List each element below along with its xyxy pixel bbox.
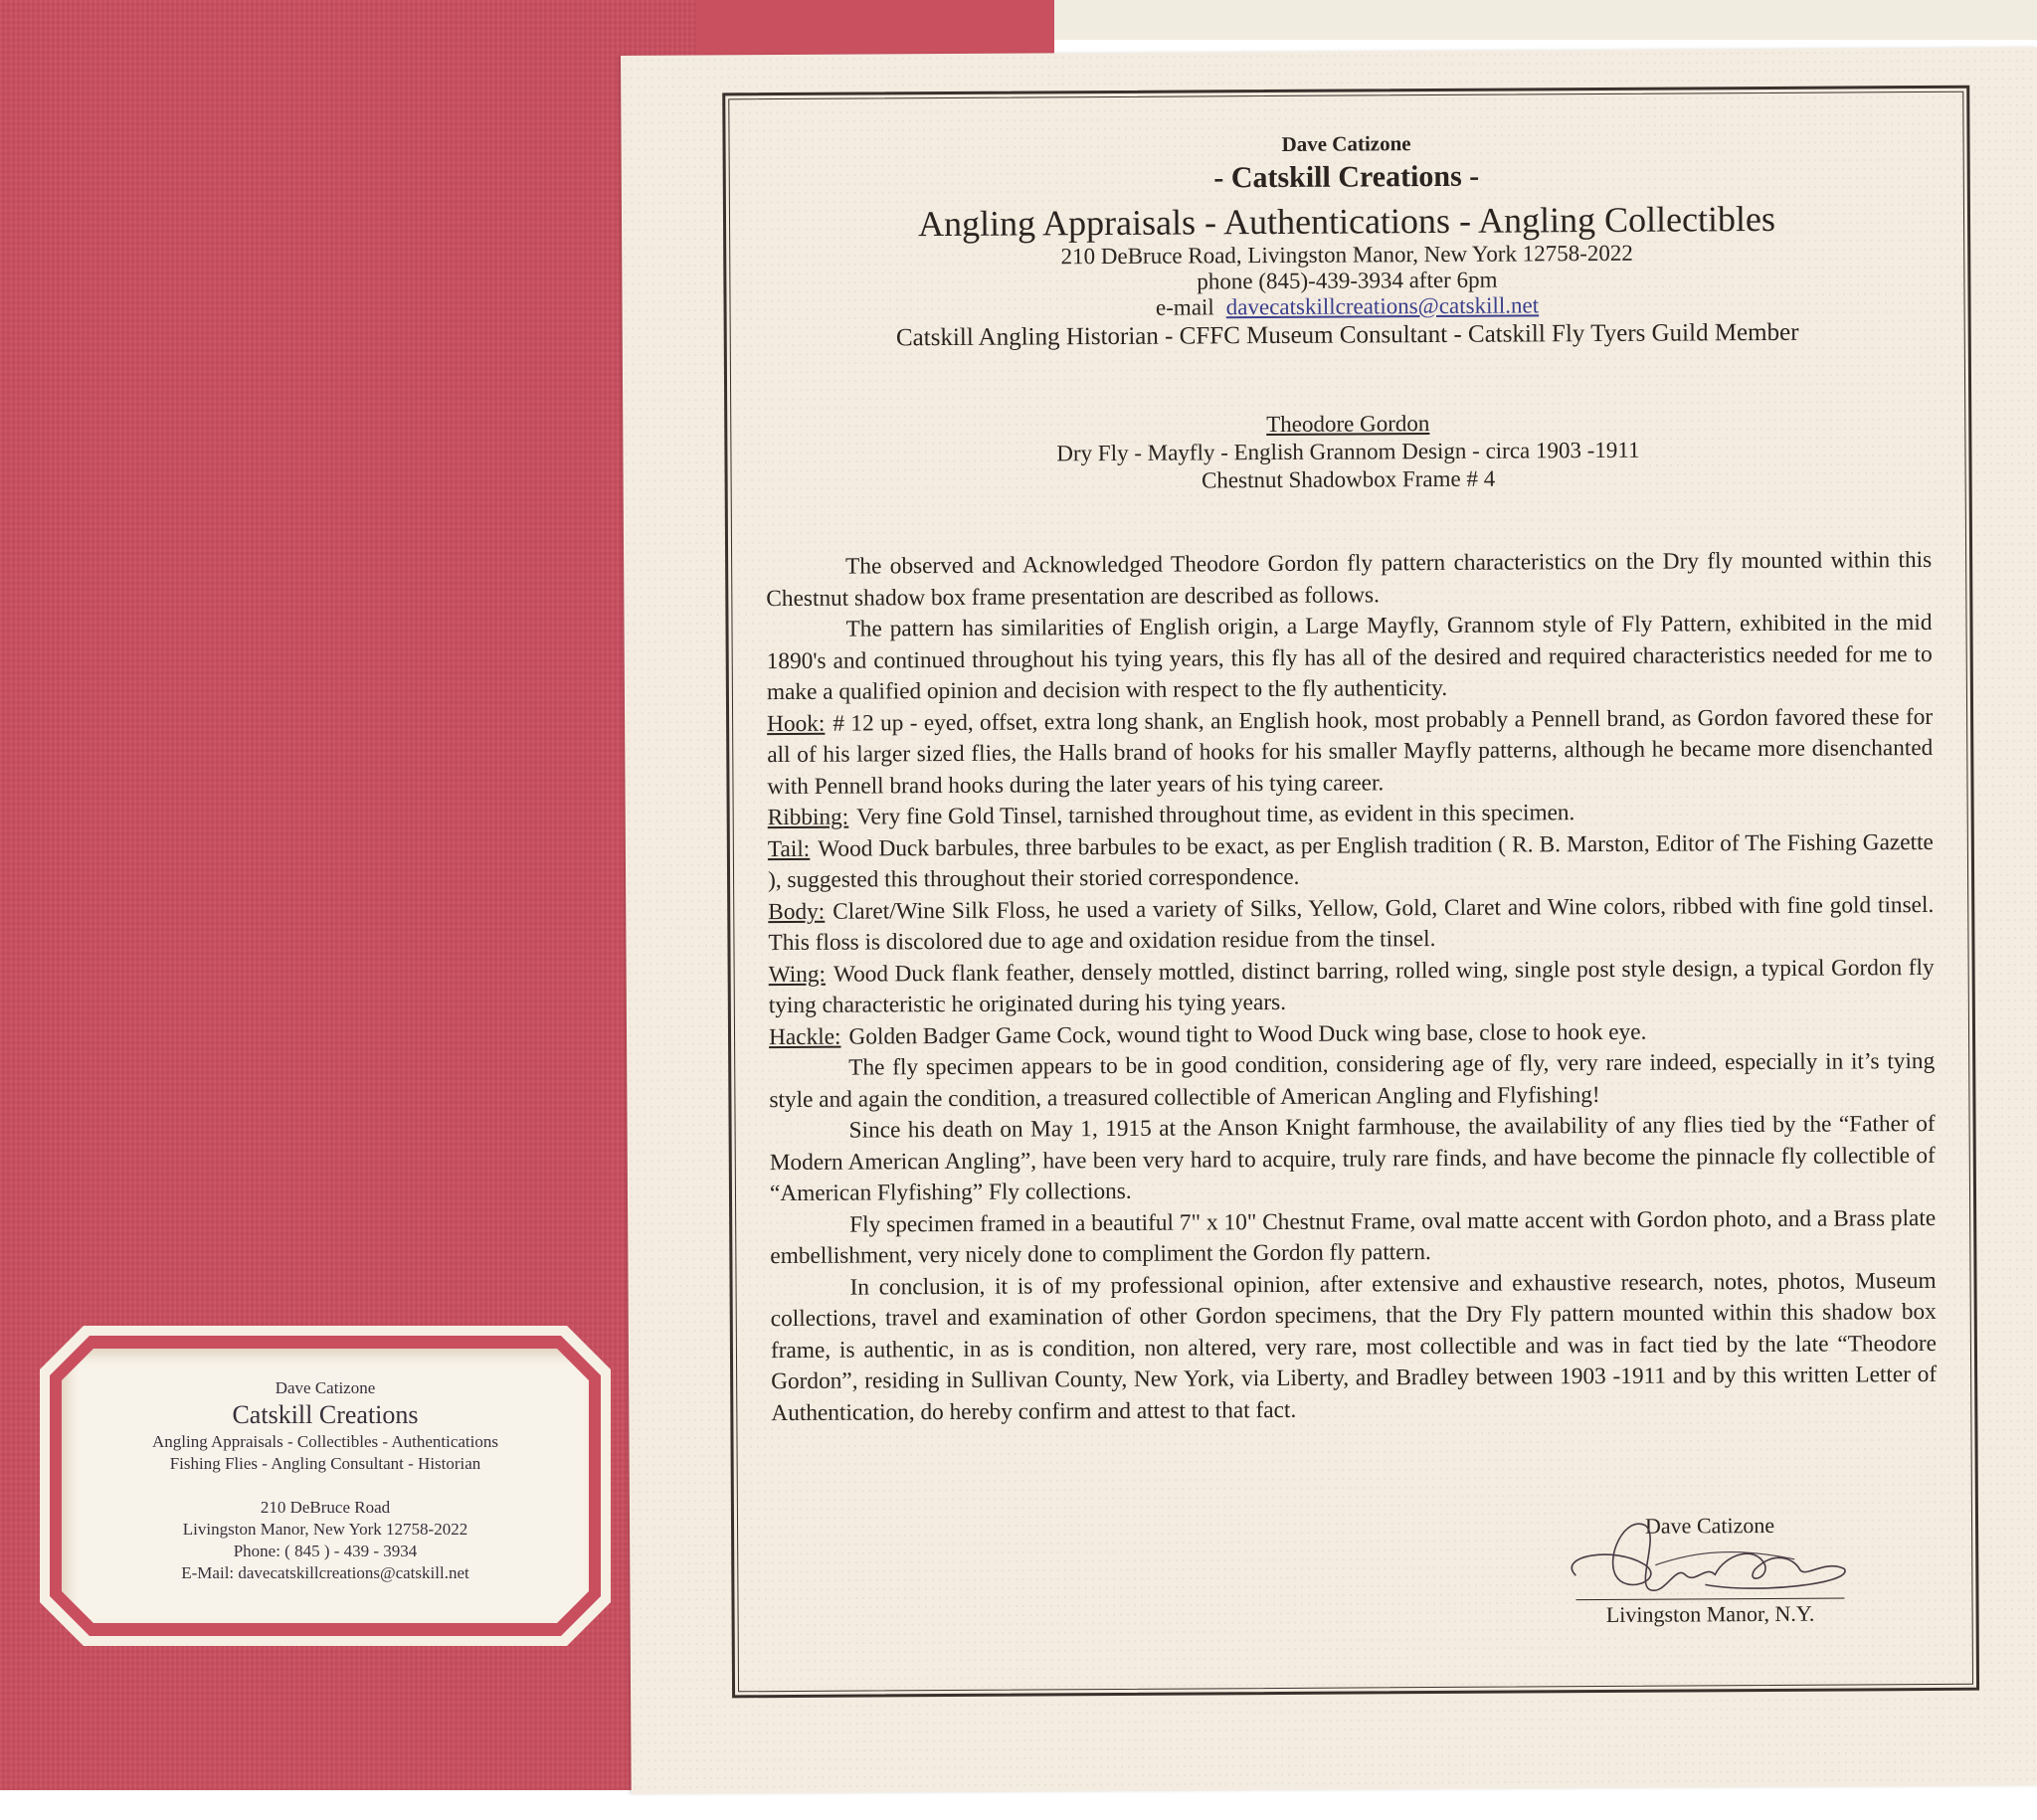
card-address-1: 210 DeBruce Road bbox=[62, 1498, 589, 1518]
card-services-1: Angling Appraisals - Collectibles - Auth… bbox=[62, 1432, 589, 1452]
characteristic-tail: Tail:Wood Duck barbules, three barbules … bbox=[768, 826, 1934, 896]
subject-block: Theodore Gordon Dry Fly - Mayfly - Engli… bbox=[731, 408, 1964, 497]
letterhead-roles: Catskill Angling Historian - CFFC Museum… bbox=[731, 318, 1964, 354]
card-services-2: Fishing Flies - Angling Consultant - His… bbox=[62, 1454, 589, 1474]
characteristic-text: Claret/Wine Silk Floss, he used a variet… bbox=[768, 891, 1934, 956]
card-phone: Phone: ( 845 ) - 439 - 3934 bbox=[62, 1542, 589, 1561]
characteristic-text: Wood Duck barbules, three barbules to be… bbox=[768, 828, 1934, 893]
business-card: Dave Catizone Catskill Creations Angling… bbox=[62, 1349, 589, 1623]
characteristic-label: Hackle: bbox=[769, 1023, 841, 1049]
background-paper bbox=[1054, 0, 2037, 40]
letterhead: Dave Catizone - Catskill Creations - Ang… bbox=[729, 92, 1964, 354]
characteristic-label: Hook: bbox=[767, 710, 825, 736]
signature-block: Dave Catizone Livingston Manor, N.Y. bbox=[1566, 1512, 1855, 1628]
letter-border: Dave Catizone - Catskill Creations - Ang… bbox=[722, 86, 1979, 1699]
conclusion-paragraph: In conclusion, it is of my professional … bbox=[770, 1265, 1937, 1429]
characteristic-hook: Hook:# 12 up - eyed, offset, extra long … bbox=[767, 701, 1934, 803]
history-paragraph: Since his death on May 1, 1915 at the An… bbox=[770, 1109, 1937, 1210]
letter-body: The observed and Acknowledged Theodore G… bbox=[766, 545, 1937, 1429]
card-company: Catskill Creations bbox=[62, 1400, 589, 1430]
characteristic-label: Ribbing: bbox=[768, 805, 849, 830]
characteristics-list: Hook:# 12 up - eyed, offset, extra long … bbox=[767, 701, 1935, 1053]
card-address-2: Livingston Manor, New York 12758-2022 bbox=[62, 1520, 589, 1540]
handwritten-signature bbox=[1566, 1538, 1854, 1599]
subject-line-2: Chestnut Shadowbox Frame # 4 bbox=[732, 463, 1965, 497]
characteristic-label: Body: bbox=[768, 898, 825, 924]
characteristic-text: # 12 up - eyed, offset, extra long shank… bbox=[767, 703, 1933, 799]
characteristic-text: Golden Badger Game Cock, wound tight to … bbox=[848, 1018, 1646, 1049]
pattern-paragraph: The pattern has similarities of English … bbox=[766, 608, 1933, 709]
characteristic-text: Wood Duck flank feather, densely mottled… bbox=[769, 954, 1935, 1018]
email-link[interactable]: davecatskillcreations@catskill.net bbox=[1226, 292, 1539, 319]
intro-paragraph: The observed and Acknowledged Theodore G… bbox=[766, 545, 1932, 615]
folder-flap bbox=[696, 0, 1054, 60]
card-name: Dave Catizone bbox=[62, 1378, 589, 1398]
characteristic-wing: Wing:Wood Duck flank feather, densely mo… bbox=[769, 952, 1935, 1021]
card-email: E-Mail: davecatskillcreations@catskill.n… bbox=[62, 1563, 589, 1583]
characteristic-text: Very fine Gold Tinsel, tarnished through… bbox=[856, 800, 1574, 829]
framing-paragraph: Fly specimen framed in a beautiful 7" x … bbox=[770, 1202, 1936, 1272]
email-label: e-mail bbox=[1156, 294, 1214, 319]
letterhead-name: Dave Catizone bbox=[729, 128, 1962, 161]
letterhead-company: - Catskill Creations - bbox=[730, 157, 1963, 199]
characteristic-label: Tail: bbox=[768, 835, 811, 861]
condition-paragraph: The fly specimen appears to be in good c… bbox=[769, 1046, 1935, 1116]
characteristic-label: Wing: bbox=[769, 961, 826, 987]
characteristic-body: Body:Claret/Wine Silk Floss, he used a v… bbox=[768, 889, 1934, 959]
authentication-letter: Dave Catizone - Catskill Creations - Ang… bbox=[621, 47, 2037, 1794]
